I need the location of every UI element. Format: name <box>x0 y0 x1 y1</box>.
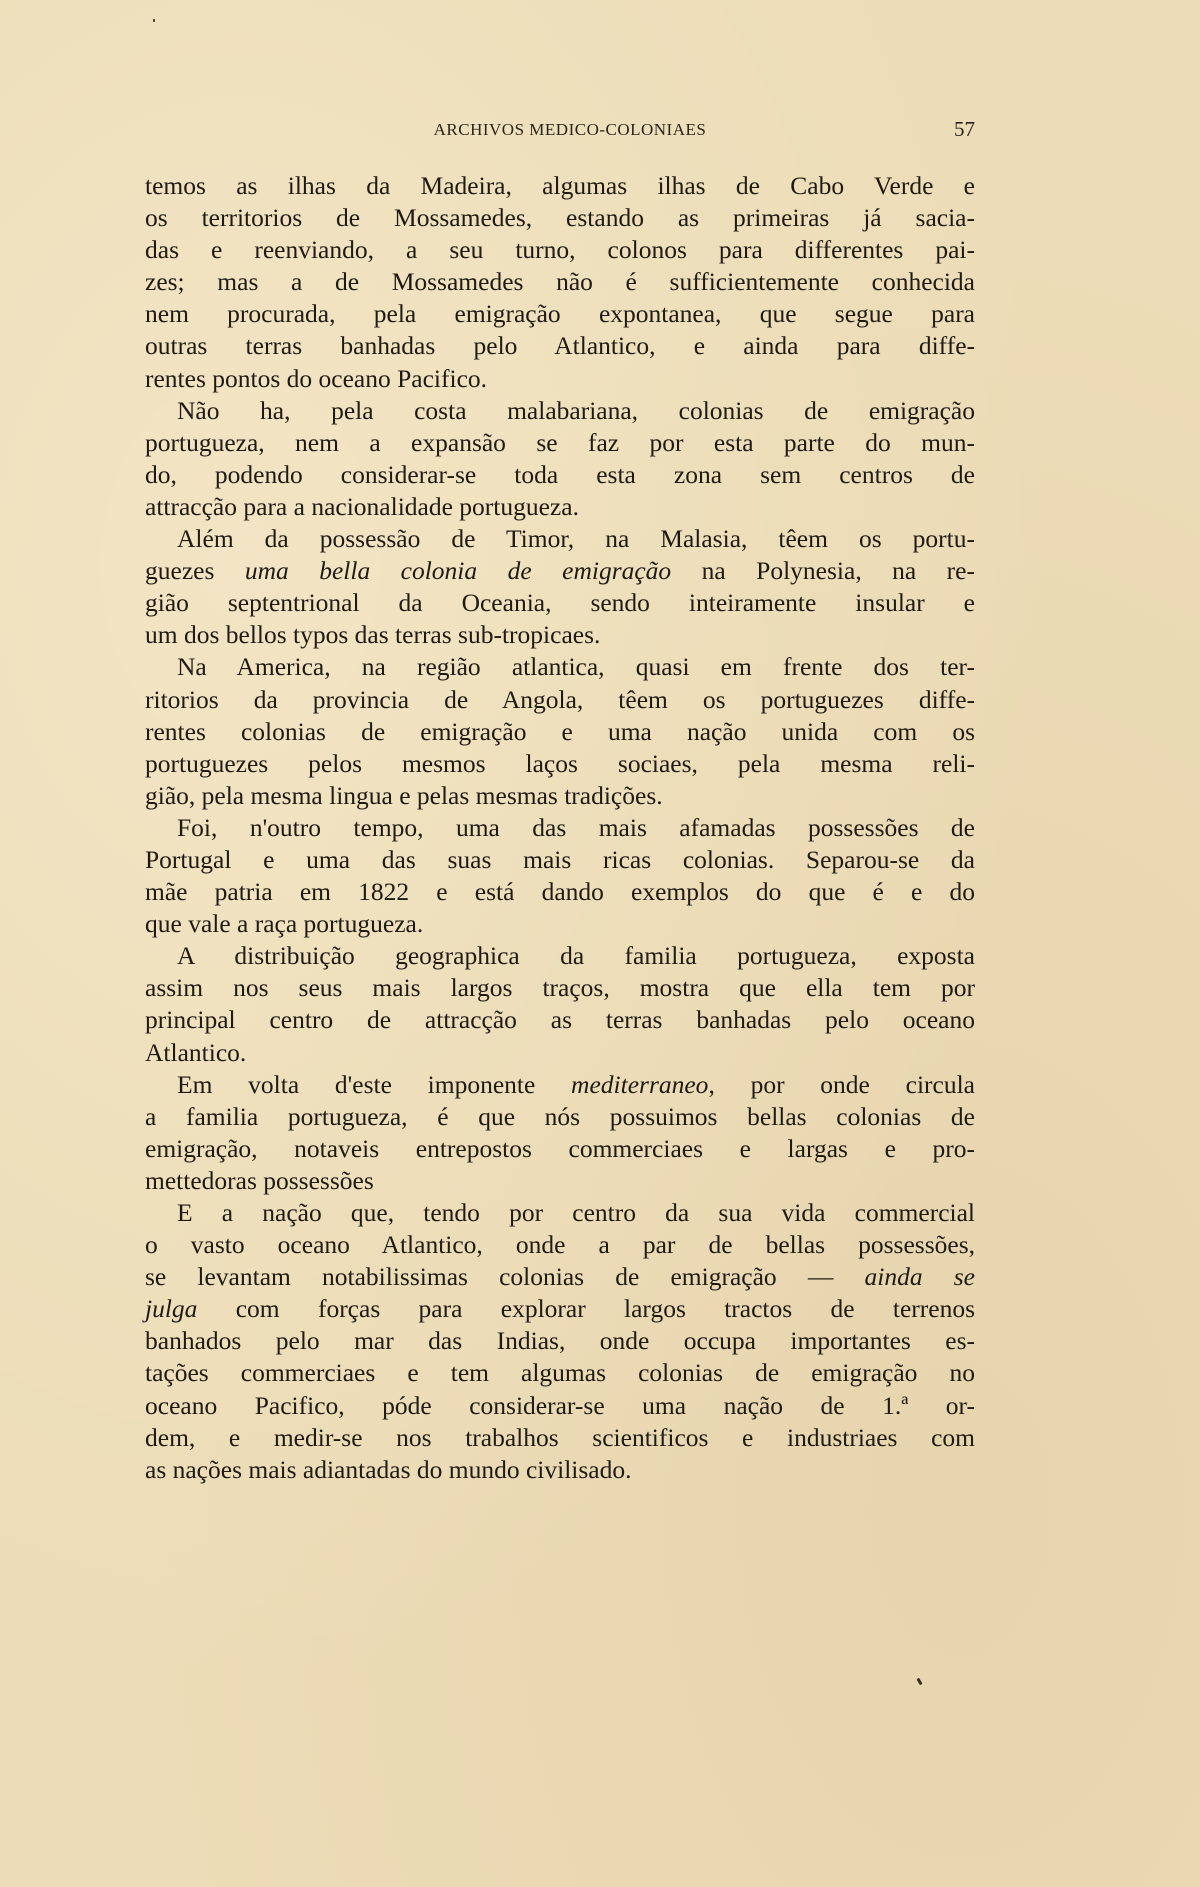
text-line: Não ha, pela costa malabariana, colonias… <box>145 395 975 427</box>
text-line: mãe patria em 1822 e está dando exemplos… <box>145 876 975 908</box>
text-line: assim nos seus mais largos traços, mostr… <box>145 972 975 1004</box>
text-line: zes; mas a de Mossamedes não é sufficien… <box>145 266 975 298</box>
paragraph: Foi, n'outro tempo, uma das mais afamada… <box>145 812 975 940</box>
text-line: gião septentrional da Oceania, sendo int… <box>145 587 975 619</box>
text-line: emigração, notaveis entrepostos commerci… <box>145 1133 975 1165</box>
text-line: temos as ilhas da Madeira, algumas ilhas… <box>145 170 975 202</box>
text-line: attracção para a nacionalidade portuguez… <box>145 491 975 523</box>
text-run: se levantam notabilissimas colonias de e… <box>145 1262 865 1291</box>
text-run: guezes <box>145 556 245 585</box>
running-title: ARCHIVOS MEDICO-COLONIAES <box>145 120 975 140</box>
paragraph: Na America, na região atlantica, quasi e… <box>145 651 975 811</box>
text-line: guezes uma bella colonia de emigração na… <box>145 555 975 587</box>
text-line: ritorios da provincia de Angola, têem os… <box>145 684 975 716</box>
italic-emphasis: uma bella colonia de emigração <box>245 556 671 585</box>
text-line: Além da possessão de Timor, na Malasia, … <box>145 523 975 555</box>
text-line: outras terras banhadas pelo Atlantico, e… <box>145 330 975 362</box>
text-line: Foi, n'outro tempo, uma das mais afamada… <box>145 812 975 844</box>
text-line: julga com forças para explorar largos tr… <box>145 1293 975 1325</box>
text-line: a familia portugueza, é que nós possuimo… <box>145 1101 975 1133</box>
text-line: o vasto oceano Atlantico, onde a par de … <box>145 1229 975 1261</box>
paper-speck <box>916 1678 922 1686</box>
italic-emphasis: julga <box>145 1294 197 1323</box>
text-line: Em volta d'este imponente mediterraneo, … <box>145 1069 975 1101</box>
text-line: gião, pela mesma lingua e pelas mesmas t… <box>145 780 975 812</box>
paper-speck <box>153 19 155 22</box>
text-run: com forças para explorar largos tractos … <box>197 1294 975 1323</box>
text-line: das e reenviando, a seu turno, colonos p… <box>145 234 975 266</box>
page-number: 57 <box>954 117 975 142</box>
text-line: dem, e medir-se nos trabalhos scientific… <box>145 1422 975 1454</box>
italic-emphasis: ainda se <box>865 1262 976 1291</box>
text-line: se levantam notabilissimas colonias de e… <box>145 1261 975 1293</box>
body-text: temos as ilhas da Madeira, algumas ilhas… <box>145 170 975 1486</box>
text-line: as nações mais adiantadas do mundo civil… <box>145 1454 975 1486</box>
text-line: E a nação que, tendo por centro da sua v… <box>145 1197 975 1229</box>
text-line: oceano Pacifico, póde considerar-se uma … <box>145 1390 975 1422</box>
text-line: Atlantico. <box>145 1037 975 1069</box>
paragraph: Em volta d'este imponente mediterraneo, … <box>145 1069 975 1197</box>
text-line: do, podendo considerar-se toda esta zona… <box>145 459 975 491</box>
text-line: rentes colonias de emigração e uma nação… <box>145 716 975 748</box>
text-line: mettedoras possessões <box>145 1165 975 1197</box>
text-line: banhados pelo mar das Indias, onde occup… <box>145 1325 975 1357</box>
text-line: portuguezes pelos mesmos laços sociaes, … <box>145 748 975 780</box>
text-line: portugueza, nem a expansão se faz por es… <box>145 427 975 459</box>
text-line: os territorios de Mossamedes, estando as… <box>145 202 975 234</box>
text-line: nem procurada, pela emigração expontanea… <box>145 298 975 330</box>
scanned-page: ARCHIVOS MEDICO-COLONIAES 57 temos as il… <box>0 0 1200 1887</box>
text-line: que vale a raça portugueza. <box>145 908 975 940</box>
text-line: A distribuição geographica da familia po… <box>145 940 975 972</box>
paragraph: Além da possessão de Timor, na Malasia, … <box>145 523 975 651</box>
text-line: principal centro de attracção as terras … <box>145 1004 975 1036</box>
text-line: um dos bellos typos das terras sub-tropi… <box>145 619 975 651</box>
text-line: Na America, na região atlantica, quasi e… <box>145 651 975 683</box>
paragraph: E a nação que, tendo por centro da sua v… <box>145 1197 975 1486</box>
text-line: rentes pontos do oceano Pacifico. <box>145 363 975 395</box>
italic-emphasis: mediterraneo <box>571 1070 708 1099</box>
text-run: na Polynesia, na re- <box>671 556 975 585</box>
running-header: ARCHIVOS MEDICO-COLONIAES 57 <box>145 120 975 148</box>
text-run: , por onde circula <box>708 1070 975 1099</box>
text-line: tações commerciaes e tem algumas colonia… <box>145 1357 975 1389</box>
paragraph: temos as ilhas da Madeira, algumas ilhas… <box>145 170 975 395</box>
paragraph: A distribuição geographica da familia po… <box>145 940 975 1068</box>
text-line: Portugal e uma das suas mais ricas colon… <box>145 844 975 876</box>
text-run: Em volta d'este imponente <box>177 1070 571 1099</box>
paragraph: Não ha, pela costa malabariana, colonias… <box>145 395 975 523</box>
